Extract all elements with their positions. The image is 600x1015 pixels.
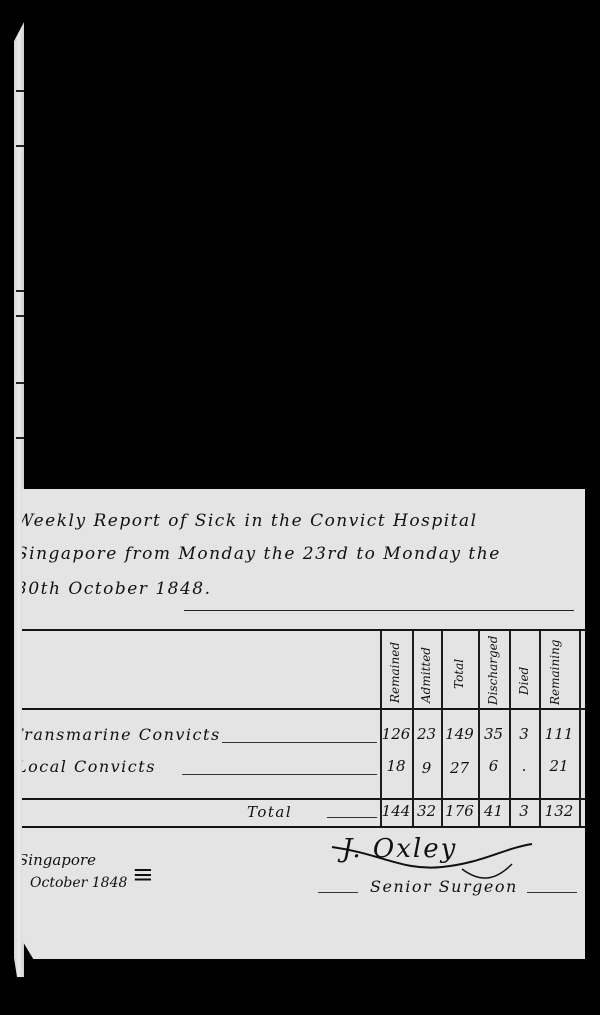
ink-mark [16,382,24,384]
footer-place: Singapore [18,851,96,869]
cell-died: . [509,757,539,775]
ink-mark [16,290,24,292]
table-top-rule [22,629,585,631]
col-header-died: Died [517,667,531,695]
cell-remaining: 111 [539,725,579,743]
cell-admitted: 23 [412,725,441,743]
title-underline [184,610,574,611]
cell-discharged: 41 [478,802,509,820]
ink-mark [16,437,24,439]
ink-mark [16,315,24,317]
cell-remained: 126 [380,725,412,743]
cell-total: 27 [441,759,478,777]
cell-discharged: 6 [478,757,509,775]
footer-date: October 1848 [30,875,127,891]
signature-rule-right [527,892,577,893]
row-leader-line [327,817,377,818]
ink-mark [16,90,24,92]
total-top-rule [22,798,585,800]
cell-admitted: 9 [412,759,441,777]
cell-remaining: 132 [539,802,579,820]
cell-remained: 144 [380,802,412,820]
col-header-remaining: Remaining [548,640,562,705]
report-sheet: Weekly Report of Sick in the Convict Hos… [22,489,585,959]
cell-total: 149 [441,725,478,743]
col-header-total: Total [452,659,466,689]
row-leader-line [222,742,377,743]
col-header-discharged: Discharged [486,636,500,705]
cell-admitted: 32 [412,802,441,820]
header-bottom-rule [22,708,585,710]
flourish-mark: ≡ [132,865,154,885]
row-label-transmarine: Transmarine Convicts [12,725,221,744]
title-line-2: Singapore from Monday the 23rd to Monday… [16,544,501,564]
col-header-admitted: Admitted [419,647,433,703]
cell-remaining: 21 [539,757,579,775]
cell-remained: 18 [380,757,412,775]
signature-title: Senior Surgeon [370,877,518,896]
cell-discharged: 35 [478,725,509,743]
column-divider [579,631,581,826]
table-bottom-rule [22,826,585,828]
row-label-total: Total [247,803,292,821]
row-leader-line [182,774,377,775]
cell-died: 3 [509,725,539,743]
cell-total: 176 [441,802,478,820]
title-line-3: 30th October 1848. [16,579,211,599]
col-header-remained: Remained [388,642,402,703]
ink-mark [16,145,24,147]
row-label-local: Local Convicts [16,757,156,776]
cell-died: 3 [509,802,539,820]
signature-rule-left [318,892,358,893]
title-line-1: Weekly Report of Sick in the Convict Hos… [16,511,478,531]
